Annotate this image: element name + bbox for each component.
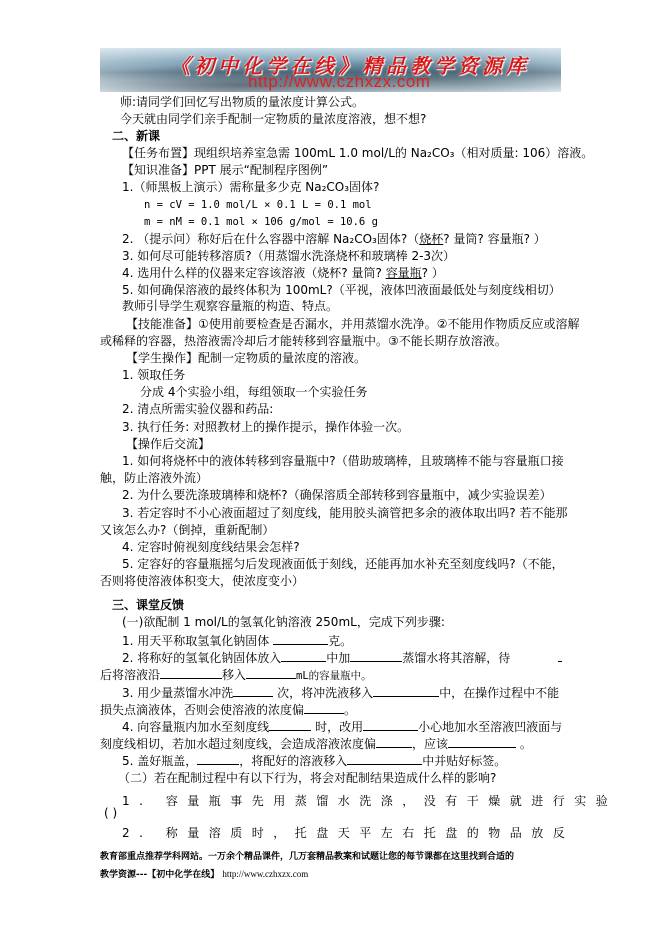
exchange-5-line-2: 否则将使溶液体积变大，使浓度变小）: [100, 574, 304, 589]
feedback-step-4-line-1: 4. 向容量瓶内加水至刻度线 时，改用小心地加水至溶液凹液面与: [122, 719, 562, 735]
step-4-text-b: 时，改用: [315, 720, 363, 734]
feedback-step-1: 1. 用天平称取氢氧化钠固体 克。: [122, 633, 352, 649]
blank-remedy[interactable]: [448, 736, 516, 748]
section-heading-new-lesson: 二、新课: [112, 129, 160, 144]
exchange-5-line-1: 5. 定容好的容量瓶摇匀后发现液面低于刻线，还能再加水补充至刻度线吗?（不能，: [122, 557, 564, 572]
op-step-2: 2. 清点所需实验仪器和药品:: [122, 402, 273, 417]
question-4-end: ? ）: [422, 266, 444, 280]
feedback-step-4-line-2: 刻度线相切，若加水超过刻度线，会造成溶液浓度偏，应该 。: [100, 736, 532, 752]
blank-grams[interactable]: [273, 633, 328, 645]
step-4-text-e: ，应该: [412, 737, 448, 751]
task-assignment: 【任务布置】现组织培养室急需 100mL 1.0 mol/L的 Na₂CO₃（相…: [122, 146, 593, 161]
section-heading-feedback: 三、课堂反馈: [112, 598, 184, 613]
step-5-text-a: 5. 盖好瓶盖，: [122, 754, 197, 768]
exchange-2: 2. 为什么要洗涤玻璃棒和烧杯?（确保溶质全部转移到容量瓶中，减少实验误差）: [122, 488, 552, 503]
answer-volumetric-flask: 容量瓶: [386, 266, 422, 280]
question-3: 3. 如何尽可能转移溶质?（用蒸馏水洗涤烧杯和玻璃棒 2-3次）: [122, 249, 455, 264]
feedback-step-3-line-2: 损失点滴液体，否则会使溶液的浓度偏。: [100, 702, 356, 718]
step-3-text-b: 次，将冲洗液移入: [277, 686, 373, 700]
step-3-text-e: 。: [344, 703, 356, 717]
footer-url-link[interactable]: http://www.czhxzx.com: [222, 869, 308, 879]
step-2-text-b: 中加: [326, 651, 350, 665]
blank-condition-marker[interactable]: [558, 650, 562, 666]
blank-water-amount[interactable]: [350, 650, 402, 662]
step-3-text-d: 损失点滴液体，否则会使溶液的浓度偏: [100, 703, 304, 717]
footer-source: 教学资源---【初中化学在线】: [100, 870, 219, 880]
question-4-text: 4. 选用什么样的仪器来定容该溶液（烧杯? 量筒?: [122, 266, 386, 280]
blank-rinse-times[interactable]: [233, 685, 273, 697]
feedback-step-2-line-2: 后将溶液沿移入mL的容量瓶中。: [100, 667, 372, 684]
feedback-part-2-intro: （二）若在配制过程中有以下行为，将会对配制结果造成什么样的影响?: [118, 771, 496, 786]
student-operation: 【学生操作】配制一定物质的量浓度的溶液。: [126, 351, 366, 366]
intro-line-2: 今天就由同学们亲手配制一定物质的量浓度溶液，想不想?: [120, 112, 426, 127]
site-banner: 《初中化学在线》精品教学资源库 http://www.czhxzx.com: [100, 48, 561, 92]
blank-storage-bottle[interactable]: [347, 753, 422, 765]
step-5-text-b: ，将配好的溶液移入: [239, 754, 347, 768]
blank-transfer-tool[interactable]: [160, 667, 222, 679]
step-4-text-d: 刻度线相切，若加水超过刻度线，会造成溶液浓度偏: [100, 737, 376, 751]
step-2-text-e: 移入: [222, 668, 246, 682]
step-2-text-f: mL的容量瓶中。: [296, 670, 372, 682]
step-3-text-c: 中，在操作过程中不能: [439, 686, 559, 700]
footer-line-1: 教育部重点推荐学科网站。一万余个精品课件，几万套精品教案和试题让您的每节课都在这…: [100, 851, 514, 863]
blank-dropper[interactable]: [363, 719, 418, 731]
question-2-text: 2. （提示问）称好后在什么容器中溶解 Na₂CO₃固体?（: [122, 232, 419, 246]
blank-volume[interactable]: [246, 667, 296, 679]
knowledge-prep: 【知识准备】PPT 展示“配制程序图例”: [122, 163, 328, 178]
exchange-3-line-2: 又该怎么办?（倒掉，重新配制）: [100, 523, 274, 538]
skill-prep-line-2: 或稀释的容器，热溶液需冷却后才能转移到容量瓶中。③不能长期存放溶液。: [100, 334, 507, 349]
part-2-item-1-answer[interactable]: ( ): [104, 806, 117, 821]
question-1: 1.（师黑板上演示）需称量多少克 Na₂CO₃固体?: [122, 180, 379, 195]
intro-line-1: 师:请同学们回忆写出物质的量浓度计算公式。: [120, 95, 364, 110]
observe-flask: 教师引导学生观察容量瓶的构造、特点。: [122, 299, 338, 314]
question-5: 5. 如何确保溶液的最终体积为 100mL?（平视，液体凹液面最低处与刻度线相切…: [122, 283, 561, 298]
question-2-options: ? 量筒? 容量瓶? ）: [443, 232, 546, 246]
step-1-text: 1. 用天平称取氢氧化钠固体: [122, 634, 269, 648]
op-step-1: 1. 领取任务: [122, 368, 185, 383]
exchange-3-line-1: 3. 若定容时不小心液面超过了刻度线，能用胶头滴管把多余的液体取出吗? 若不能那: [122, 506, 567, 521]
blank-condition[interactable]: [558, 650, 562, 662]
step-3-text-a: 3. 用少量蒸馏水冲洗: [122, 686, 233, 700]
part-2-item-2: 2. 称量溶质时，托盘天平左右托盘的物品放反: [122, 826, 574, 841]
blank-distance[interactable]: [269, 719, 311, 731]
answer-beaker: 烧杯: [419, 232, 443, 246]
part-2-item-1: 1. 容量瓶事先用蒸馏水洗涤，没有干燥就进行实验: [122, 794, 617, 809]
feedback-part-1-intro: (一)欲配制 1 mol/L的氢氧化钠溶液 250mL，完成下列步骤:: [122, 615, 445, 630]
question-4: 4. 选用什么样的仪器来定容该溶液（烧杯? 量筒? 容量瓶? ）: [122, 266, 444, 281]
banner-url: http://www.czhxzx.com: [248, 72, 430, 92]
blank-concentration-result[interactable]: [376, 736, 412, 748]
post-op-exchange: 【操作后交流】: [126, 437, 210, 452]
question-2: 2. （提示问）称好后在什么容器中溶解 Na₂CO₃固体?（烧杯? 量筒? 容量…: [122, 232, 546, 247]
feedback-step-5: 5. 盖好瓶盖，，将配好的溶液移入中并贴好标签。: [122, 753, 506, 769]
skill-prep-line-1: 【技能准备】①使用前要检查是否漏水，并用蒸馏水洗净。②不能用作物质反应或溶解: [126, 317, 580, 332]
feedback-step-2-line-1: 2. 将称好的氢氧化钠固体放入中加蒸馏水将其溶解，待: [122, 650, 510, 666]
calculation-moles: n = cV = 1.0 mol/L × 0.1 L = 0.1 mol: [144, 198, 372, 213]
exchange-4: 4. 定容时俯视刻度线结果会怎样?: [122, 540, 300, 555]
blank-rinse-destination[interactable]: [373, 685, 439, 697]
step-5-text-c: 中并贴好标签。: [422, 754, 506, 768]
step-4-text-a: 4. 向容量瓶内加水至刻度线: [122, 720, 269, 734]
calculation-mass: m = nM = 0.1 mol × 106 g/mol = 10.6 g: [144, 215, 378, 230]
footer-line-2: 教学资源---【初中化学在线】 http://www.czhxzx.com: [100, 868, 308, 881]
op-step-3: 3. 执行任务: 对照教材上的操作提示，操作体验一次。: [122, 420, 409, 435]
step-4-text-f: 。: [520, 737, 532, 751]
blank-concentration-bias[interactable]: [304, 702, 344, 714]
step-1-unit: 克。: [328, 634, 352, 648]
op-step-1-detail: 分成 4个实验小组，每组领取一个实验任务: [140, 385, 367, 400]
step-2-text-c: 蒸馏水将其溶解，待: [402, 651, 510, 665]
step-2-text-d: 后将溶液沿: [100, 668, 160, 682]
exchange-1-line-1: 1. 如何将烧杯中的液体转移到容量瓶中?（借助玻璃棒，且玻璃棒不能与容量瓶口接: [122, 454, 564, 469]
step-2-text-a: 2. 将称好的氢氧化钠固体放入: [122, 651, 281, 665]
blank-container[interactable]: [281, 650, 326, 662]
exchange-1-line-2: 触，防止溶液外流）: [100, 471, 208, 486]
step-4-text-c: 小心地加水至溶液凹液面与: [418, 720, 562, 734]
blank-shake[interactable]: [197, 753, 239, 765]
feedback-step-3-line-1: 3. 用少量蒸馏水冲洗 次，将冲洗液移入中，在操作过程中不能: [122, 685, 559, 701]
